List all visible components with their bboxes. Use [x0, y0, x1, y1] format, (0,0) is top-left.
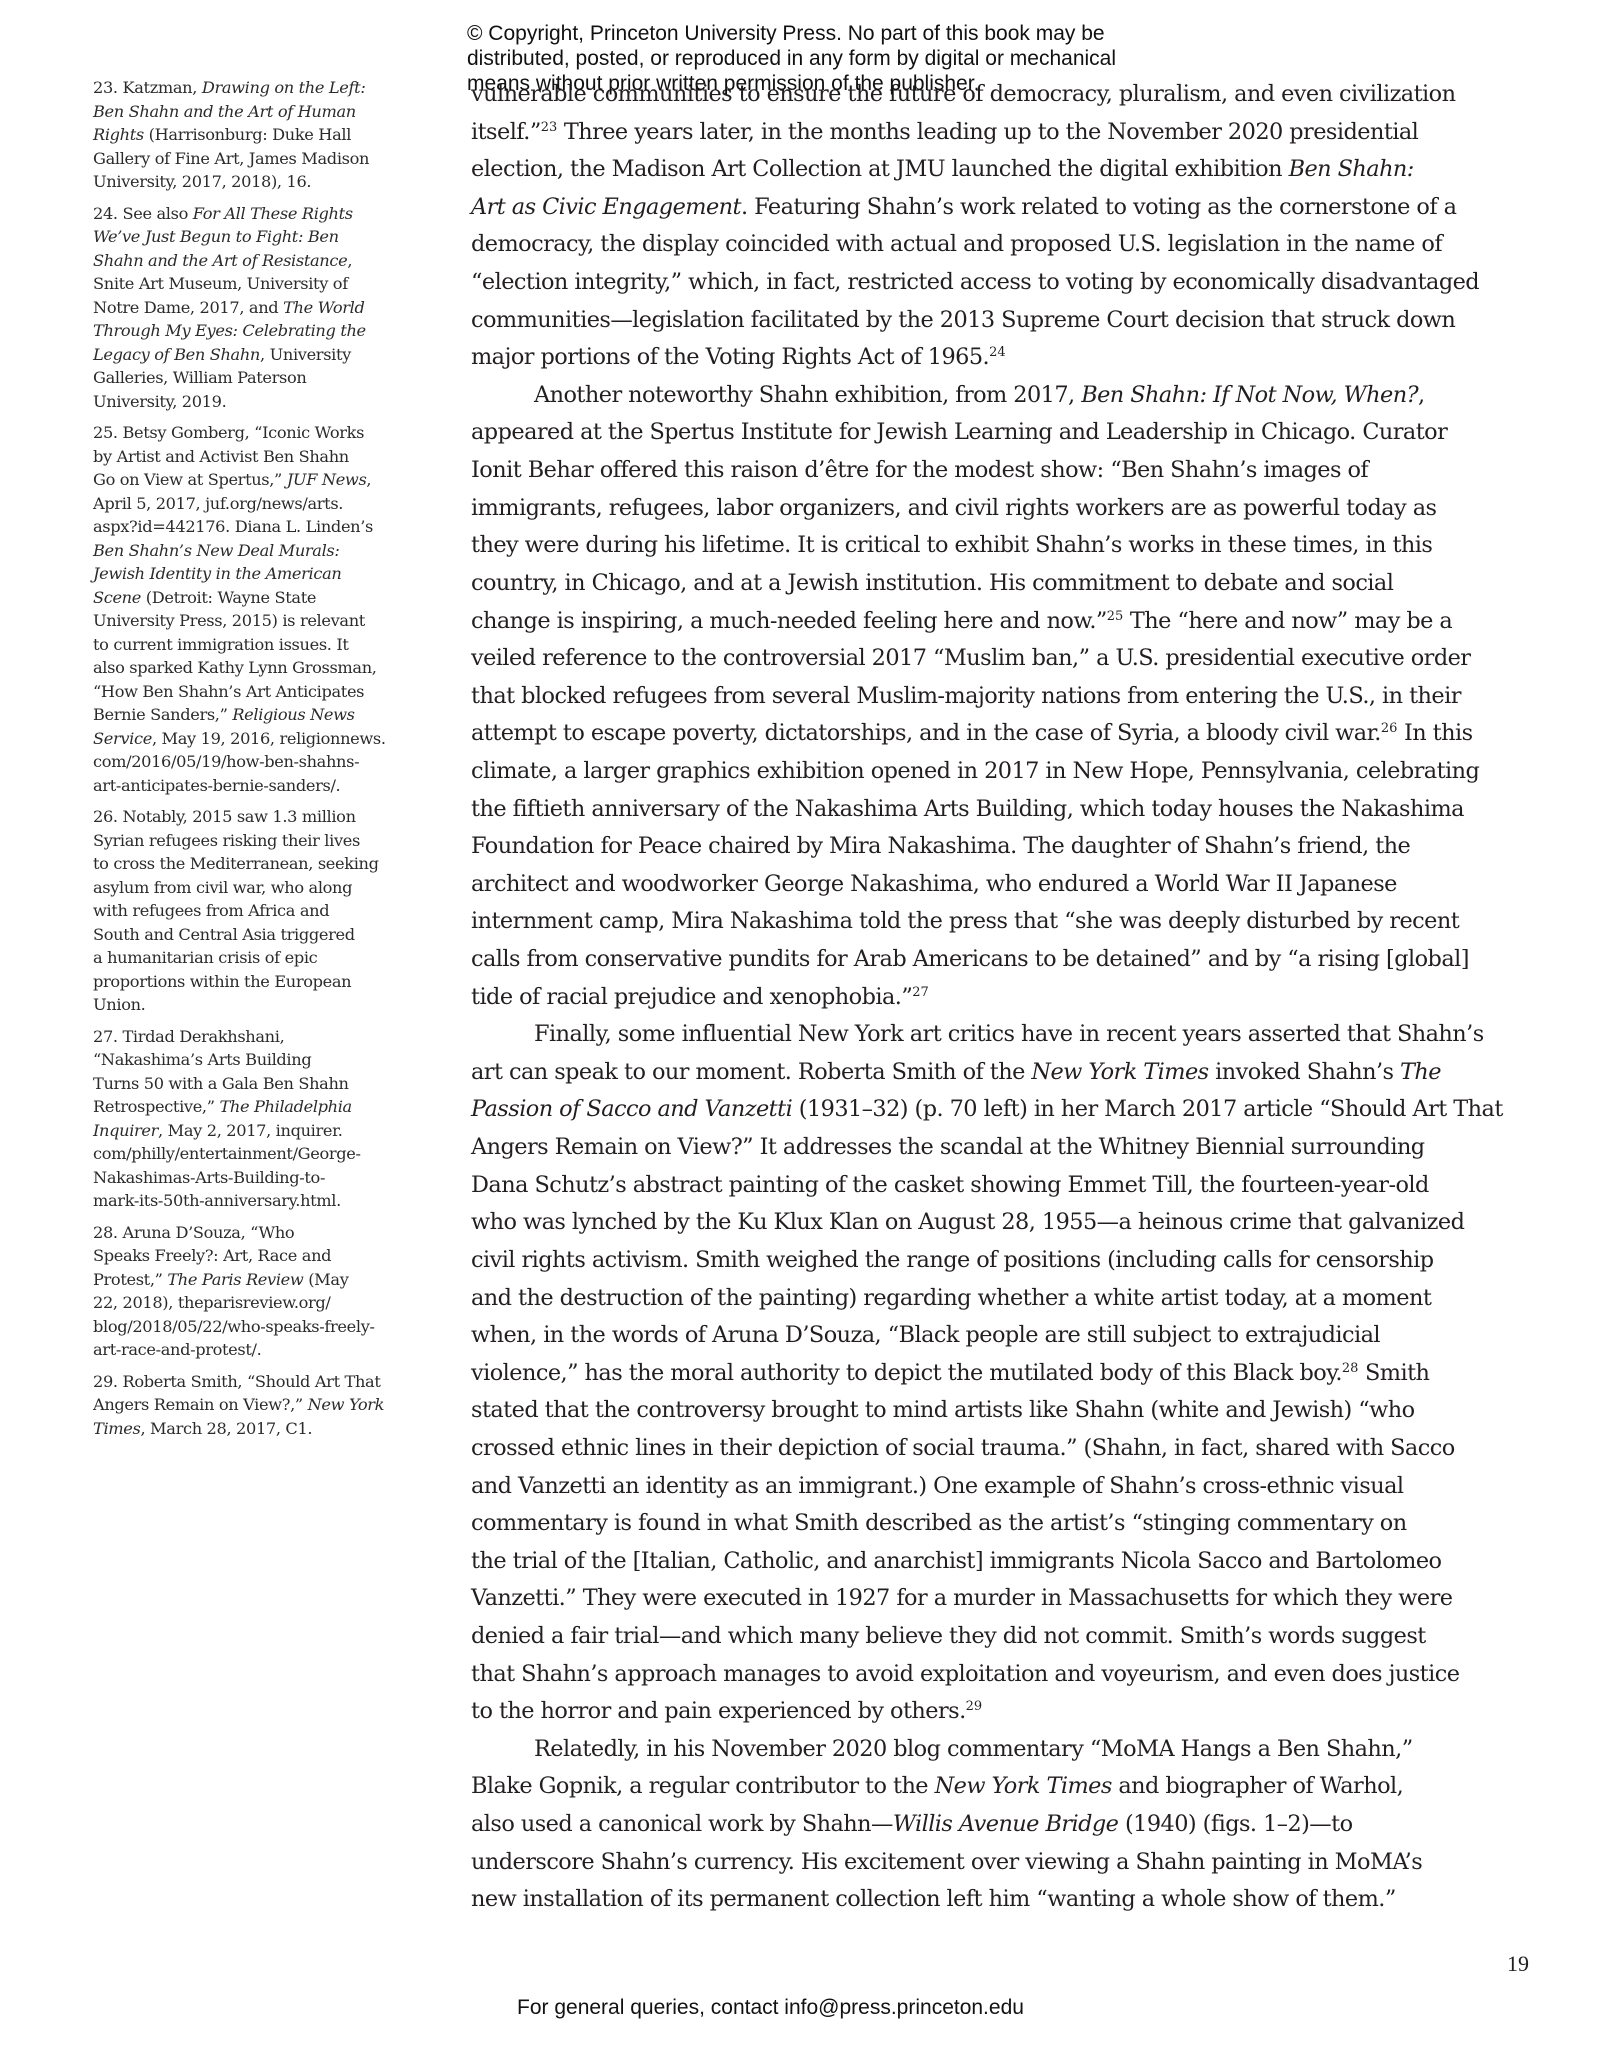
italic-text: For All These Rights: [193, 204, 353, 223]
italic-text: Religious News: [232, 705, 354, 724]
text-run: new installation of its permanent collec…: [471, 1886, 1396, 1912]
italic-text: Rights: [93, 125, 144, 144]
text-run: Finally, some influential New York art c…: [534, 1021, 1484, 1047]
text-run: climate, a larger graphics exhibition op…: [471, 758, 1479, 784]
footnote-26: 26. Notably, 2015 saw 1.3 millionSyrian …: [93, 805, 413, 1017]
body-line: communities—legislation facilitated by t…: [471, 302, 1536, 340]
text-run: The “here and now” may be a: [1123, 608, 1452, 634]
italic-text: Through My Eyes: Celebrating the: [93, 321, 366, 340]
text-run: 25. Betsy Gomberg, “Iconic Works: [93, 423, 364, 442]
text-run: that Shahn’s approach manages to avoid e…: [471, 1661, 1459, 1687]
text-run: (Detroit: Wayne State: [141, 588, 316, 607]
paragraph-start-line: Relatedly, in his November 2020 blog com…: [471, 1731, 1536, 1769]
text-run: South and Central Asia triggered: [93, 925, 355, 944]
text-run: (1931–32) (p. 70 left) in her March 2017…: [792, 1096, 1503, 1122]
text-run: attempt to escape poverty, dictatorships…: [471, 720, 1381, 746]
footnote-line: Angers Remain on View?,” New York: [93, 1393, 413, 1417]
italic-text: The Paris Review: [167, 1270, 303, 1289]
footnote-line: art-anticipates-bernie-sanders/.: [93, 774, 413, 798]
body-line: architect and woodworker George Nakashim…: [471, 866, 1536, 904]
body-line: appeared at the Spertus Institute for Je…: [471, 414, 1536, 452]
body-line: country, in Chicago, and at a Jewish ins…: [471, 565, 1536, 603]
body-line: commentary is found in what Smith descri…: [471, 1505, 1536, 1543]
text-run: that blocked refugees from several Musli…: [471, 683, 1461, 709]
body-line: and Vanzetti an identity as an immigrant…: [471, 1468, 1536, 1506]
body-line: Art as Civic Engagement. Featuring Shahn…: [471, 189, 1536, 227]
footnote-line: Legacy of Ben Shahn, University: [93, 343, 413, 367]
text-run: Retrospective,”: [93, 1097, 219, 1116]
body-line: Ionit Behar offered this raison d’être f…: [471, 452, 1536, 490]
footnote-23: 23. Katzman, Drawing on the Left:Ben Sha…: [93, 76, 413, 194]
footnote-line: mark-its-50th-anniversary.html.: [93, 1189, 413, 1213]
text-run: 27. Tirdad Derakhshani,: [93, 1027, 284, 1046]
text-run: civil rights activism. Smith weighed the…: [471, 1247, 1434, 1273]
footnote-line: by Artist and Activist Ben Shahn: [93, 445, 413, 469]
footnote-line: Ben Shahn’s New Deal Murals:: [93, 539, 413, 563]
footnote-line: April 5, 2017, juf.org/news/arts.: [93, 492, 413, 516]
italic-text: We’ve Just Begun to Fight: Ben: [93, 227, 339, 246]
footnote-line: Go on View at Spertus,” JUF News,: [93, 468, 413, 492]
body-line: attempt to escape poverty, dictatorships…: [471, 715, 1536, 753]
footnote-line: Jewish Identity in the American: [93, 562, 413, 586]
footnote-line: 22, 2018), theparisreview.org/: [93, 1291, 413, 1315]
body-line: violence,” has the moral authority to de…: [471, 1355, 1536, 1393]
text-run: architect and woodworker George Nakashim…: [471, 871, 1397, 897]
footnote-line: “How Ben Shahn’s Art Anticipates: [93, 680, 413, 704]
text-run: veiled reference to the controversial 20…: [471, 645, 1470, 671]
footnote-line: 26. Notably, 2015 saw 1.3 million: [93, 805, 413, 829]
footnote-line: Through My Eyes: Celebrating the: [93, 319, 413, 343]
text-run: In this: [1397, 720, 1472, 746]
text-run: , March 28, 2017, C1.: [140, 1419, 312, 1438]
text-run: a humanitarian crisis of epic: [93, 948, 317, 967]
text-run: itself.”: [471, 119, 541, 145]
footnote-line: art-race-and-protest/.: [93, 1338, 413, 1362]
footnote-line: Syrian refugees risking their lives: [93, 829, 413, 853]
footnote-line: asylum from civil war, who along: [93, 876, 413, 900]
body-line: and the destruction of the painting) reg…: [471, 1280, 1536, 1318]
body-line: Passion of Sacco and Vanzetti (1931–32) …: [471, 1091, 1536, 1129]
paragraph-start-line: Finally, some influential New York art c…: [471, 1016, 1536, 1054]
italic-text: Service: [93, 729, 152, 748]
body-line: Vanzetti.” They were executed in 1927 fo…: [471, 1580, 1536, 1618]
footnote-line: a humanitarian crisis of epic: [93, 946, 413, 970]
text-run: violence,” has the moral authority to de…: [471, 1360, 1342, 1386]
page-number: 19: [1507, 1951, 1529, 1977]
footnote-reference: 29: [966, 1699, 983, 1714]
footnote-line: Rights (Harrisonburg: Duke Hall: [93, 123, 413, 147]
text-run: blog/2018/05/22/who-speaks-freely-: [93, 1317, 375, 1336]
text-run: Snite Art Museum, University of: [93, 274, 348, 293]
footnote-line: Scene (Detroit: Wayne State: [93, 586, 413, 610]
text-run: to the horror and pain experienced by ot…: [471, 1698, 966, 1724]
italic-text: Ben Shahn and the Art of Human: [93, 102, 356, 121]
body-line: Foundation for Peace chaired by Mira Nak…: [471, 828, 1536, 866]
text-run: Galleries, William Paterson: [93, 368, 306, 387]
footnote-reference: 28: [1342, 1361, 1359, 1376]
text-run: Blake Gopnik, a regular contributor to t…: [471, 1773, 935, 1799]
body-line: that blocked refugees from several Musli…: [471, 678, 1536, 716]
footnote-line: Union.: [93, 993, 413, 1017]
text-run: Nakashimas-Arts-Building-to-: [93, 1168, 325, 1187]
text-run: University, 2017, 2018), 16.: [93, 172, 311, 191]
footnote-line: proportions within the European: [93, 970, 413, 994]
text-run: ,: [1418, 382, 1425, 408]
text-run: Syrian refugees risking their lives: [93, 831, 360, 850]
footnote-line: South and Central Asia triggered: [93, 923, 413, 947]
body-line: “election integrity,” which, in fact, re…: [471, 264, 1536, 302]
text-run: Dana Schutz’s abstract painting of the c…: [471, 1172, 1429, 1198]
footnote-line: Bernie Sanders,” Religious News: [93, 703, 413, 727]
body-line: who was lynched by the Ku Klux Klan on A…: [471, 1204, 1536, 1242]
footnote-line: com/2016/05/19/how-ben-shahns-: [93, 750, 413, 774]
body-line: to the horror and pain experienced by ot…: [471, 1693, 1536, 1731]
text-run: University, 2019.: [93, 392, 226, 411]
footnote-28: 28. Aruna D’Souza, “WhoSpeaks Freely?: A…: [93, 1221, 413, 1362]
text-run: Foundation for Peace chaired by Mira Nak…: [471, 833, 1410, 859]
italic-text: Legacy of Ben Shahn: [93, 345, 260, 364]
body-line: the fiftieth anniversary of the Nakashim…: [471, 791, 1536, 829]
body-line: Angers Remain on View?” It addresses the…: [471, 1129, 1536, 1167]
body-line: Dana Schutz’s abstract painting of the c…: [471, 1167, 1536, 1205]
body-line: immigrants, refugees, labor organizers, …: [471, 490, 1536, 528]
footnote-line: 24. See also For All These Rights: [93, 202, 413, 226]
body-line: major portions of the Voting Rights Act …: [471, 339, 1536, 377]
footnote-reference: 25: [1107, 608, 1124, 623]
body-line: internment camp, Mira Nakashima told the…: [471, 903, 1536, 941]
text-run: Angers Remain on View?” It addresses the…: [471, 1134, 1425, 1160]
text-run: . Featuring Shahn’s work related to voti…: [741, 194, 1456, 220]
text-run: art-race-and-protest/.: [93, 1340, 261, 1359]
body-line: itself.”23 Three years later, in the mon…: [471, 114, 1536, 152]
footnote-line: also sparked Kathy Lynn Grossman,: [93, 656, 413, 680]
copyright-line: distributed, posted, or reproduced in an…: [467, 46, 1227, 71]
text-run: University Press, 2015) is relevant: [93, 611, 365, 630]
footnote-line: Ben Shahn and the Art of Human: [93, 100, 413, 124]
contact-footer: For general queries, contact info@press.…: [517, 1996, 1024, 2020]
italic-text: Times: [93, 1419, 140, 1438]
footnote-line: Snite Art Museum, University of: [93, 272, 413, 296]
italic-text: Ben Shahn:: [1289, 156, 1414, 182]
text-run: Angers Remain on View?,”: [93, 1395, 308, 1414]
text-run: to cross the Mediterranean, seeking: [93, 854, 379, 873]
text-run: country, in Chicago, and at a Jewish ins…: [471, 570, 1393, 596]
text-run: , University: [260, 345, 351, 364]
footnote-line: 23. Katzman, Drawing on the Left:: [93, 76, 413, 100]
text-run: proportions within the European: [93, 972, 351, 991]
text-run: “How Ben Shahn’s Art Anticipates: [93, 682, 364, 701]
footnote-line: Notre Dame, 2017, and The World: [93, 296, 413, 320]
text-run: the trial of the [Italian, Catholic, and…: [471, 1548, 1441, 1574]
footnote-reference: 23: [541, 120, 558, 135]
text-run: art-anticipates-bernie-sanders/.: [93, 776, 340, 795]
footnote-29: 29. Roberta Smith, “Should Art ThatAnger…: [93, 1370, 413, 1441]
text-run: “Nakashima’s Arts Building: [93, 1050, 311, 1069]
text-run: and biographer of Warhol,: [1112, 1773, 1403, 1799]
footnote-line: aspx?id=442176. Diana L. Linden’s: [93, 515, 413, 539]
text-run: with refugees from Africa and: [93, 901, 329, 920]
copyright-line: © Copyright, Princeton University Press.…: [467, 21, 1227, 46]
copyright-line: means without prior written permission o…: [467, 71, 1227, 96]
italic-text: Scene: [93, 588, 141, 607]
body-line: election, the Madison Art Collection at …: [471, 151, 1536, 189]
body-line: veiled reference to the controversial 20…: [471, 640, 1536, 678]
text-run: election, the Madison Art Collection at …: [471, 156, 1289, 182]
italic-text: Jewish Identity in the American: [93, 564, 341, 583]
body-line: democracy, the display coincided with ac…: [471, 226, 1536, 264]
copyright-notice: © Copyright, Princeton University Press.…: [467, 21, 1227, 96]
text-run: appeared at the Spertus Institute for Je…: [471, 419, 1447, 445]
text-run: tide of racial prejudice and xenophobia.…: [471, 984, 912, 1010]
body-line: also used a canonical work by Shahn—Will…: [471, 1806, 1536, 1844]
text-run: commentary is found in what Smith descri…: [471, 1510, 1407, 1536]
text-run: Union.: [93, 995, 145, 1014]
body-line: Blake Gopnik, a regular contributor to t…: [471, 1768, 1536, 1806]
body-line: that Shahn’s approach manages to avoid e…: [471, 1656, 1536, 1694]
paragraph-start-line: Another noteworthy Shahn exhibition, fro…: [471, 377, 1536, 415]
text-run: communities—legislation facilitated by t…: [471, 307, 1455, 333]
italic-text: Inquirer: [93, 1121, 158, 1140]
body-line: denied a fair trial—and which many belie…: [471, 1618, 1536, 1656]
footnote-line: Shahn and the Art of Resistance,: [93, 249, 413, 273]
text-run: Three years later, in the months leading…: [557, 119, 1418, 145]
text-run: 24. See also: [93, 204, 193, 223]
italic-text: New York: [308, 1395, 385, 1414]
text-run: , May 2, 2017, inquirer.: [158, 1121, 342, 1140]
text-run: Go on View at Spertus,”: [93, 470, 287, 489]
footnote-reference: 26: [1381, 721, 1398, 736]
text-run: ,: [347, 251, 352, 270]
text-run: Protest,”: [93, 1270, 167, 1289]
text-run: major portions of the Voting Rights Act …: [471, 344, 989, 370]
text-run: internment camp, Mira Nakashima told the…: [471, 908, 1459, 934]
text-run: denied a fair trial—and which many belie…: [471, 1623, 1426, 1649]
footnote-line: Times, March 28, 2017, C1.: [93, 1417, 413, 1441]
text-run: asylum from civil war, who along: [93, 878, 352, 897]
text-run: mark-its-50th-anniversary.html.: [93, 1191, 341, 1210]
body-line: the trial of the [Italian, Catholic, and…: [471, 1543, 1536, 1581]
footnote-line: Inquirer, May 2, 2017, inquirer.: [93, 1119, 413, 1143]
footnote-line: Gallery of Fine Art, James Madison: [93, 147, 413, 171]
text-run: Vanzetti.” They were executed in 1927 fo…: [471, 1585, 1452, 1611]
body-line: change is inspiring, a much-needed feeli…: [471, 603, 1536, 641]
italic-text: The: [1400, 1059, 1441, 1085]
text-run: to current immigration issues. It: [93, 635, 349, 654]
footnote-line: Turns 50 with a Gala Ben Shahn: [93, 1072, 413, 1096]
body-line: they were during his lifetime. It is cri…: [471, 527, 1536, 565]
text-run: also used a canonical work by Shahn—: [471, 1811, 893, 1837]
italic-text: Art as Civic Engagement: [471, 194, 741, 220]
italic-text: Shahn and the Art of Resistance: [93, 251, 347, 270]
footnote-line: Speaks Freely?: Art, Race and: [93, 1244, 413, 1268]
italic-text: Ben Shahn: If Not Now, When?: [1081, 382, 1418, 408]
body-line: new installation of its permanent collec…: [471, 1881, 1536, 1919]
text-run: by Artist and Activist Ben Shahn: [93, 447, 349, 466]
text-run: 28. Aruna D’Souza, “Who: [93, 1223, 294, 1242]
text-run: com/2016/05/19/how-ben-shahns-: [93, 752, 359, 771]
text-run: ,: [366, 470, 371, 489]
text-run: who was lynched by the Ku Klux Klan on A…: [471, 1209, 1464, 1235]
text-run: April 5, 2017, juf.org/news/arts.: [93, 494, 343, 513]
text-run: (Harrisonburg: Duke Hall: [144, 125, 351, 144]
body-line: tide of racial prejudice and xenophobia.…: [471, 979, 1536, 1017]
text-run: 26. Notably, 2015 saw 1.3 million: [93, 807, 356, 826]
text-run: stated that the controversy brought to m…: [471, 1397, 1415, 1423]
italic-text: The Philadelphia: [219, 1097, 351, 1116]
italic-text: New York Times: [1031, 1059, 1208, 1085]
text-run: change is inspiring, a much-needed feeli…: [471, 608, 1107, 634]
footnote-line: University, 2017, 2018), 16.: [93, 170, 413, 194]
footnote-line: to cross the Mediterranean, seeking: [93, 852, 413, 876]
text-run: Gallery of Fine Art, James Madison: [93, 149, 369, 168]
text-run: immigrants, refugees, labor organizers, …: [471, 495, 1436, 521]
footnote-27: 27. Tirdad Derakhshani,“Nakashima’s Arts…: [93, 1025, 413, 1213]
body-line: stated that the controversy brought to m…: [471, 1392, 1536, 1430]
italic-text: New York Times: [935, 1773, 1112, 1799]
footnote-line: to current immigration issues. It: [93, 633, 413, 657]
italic-text: JUF News: [287, 470, 367, 489]
text-run: the fiftieth anniversary of the Nakashim…: [471, 796, 1464, 822]
footnote-line: with refugees from Africa and: [93, 899, 413, 923]
text-run: calls from conservative pundits for Arab…: [471, 946, 1469, 972]
text-run: art can speak to our moment. Roberta Smi…: [471, 1059, 1031, 1085]
footnote-line: Retrospective,” The Philadelphia: [93, 1095, 413, 1119]
text-run: Notre Dame, 2017, and: [93, 298, 283, 317]
footnote-line: Service, May 19, 2016, religionnews.: [93, 727, 413, 751]
footnote-reference: 24: [989, 345, 1006, 360]
main-body-text: vulnerable communities to ensure the fut…: [471, 76, 1536, 1919]
text-run: Speaks Freely?: Art, Race and: [93, 1246, 331, 1265]
italic-text: Ben Shahn’s New Deal Murals:: [93, 541, 339, 560]
text-run: underscore Shahn’s currency. His excitem…: [471, 1849, 1422, 1875]
italic-text: Passion of Sacco and Vanzetti: [471, 1096, 792, 1122]
text-run: 22, 2018), theparisreview.org/: [93, 1293, 331, 1312]
body-line: climate, a larger graphics exhibition op…: [471, 753, 1536, 791]
footnote-line: “Nakashima’s Arts Building: [93, 1048, 413, 1072]
footnote-24: 24. See also For All These RightsWe’ve J…: [93, 202, 413, 414]
footnote-line: blog/2018/05/22/who-speaks-freely-: [93, 1315, 413, 1339]
text-run: Ionit Behar offered this raison d’être f…: [471, 457, 1368, 483]
footnotes-column: 23. Katzman, Drawing on the Left:Ben Sha…: [93, 76, 413, 1448]
text-run: aspx?id=442176. Diana L. Linden’s: [93, 517, 373, 536]
italic-text: The World: [283, 298, 364, 317]
text-run: (May: [303, 1270, 348, 1289]
text-run: they were during his lifetime. It is cri…: [471, 532, 1432, 558]
text-run: when, in the words of Aruna D’Souza, “Bl…: [471, 1322, 1380, 1348]
footnote-line: Galleries, William Paterson: [93, 366, 413, 390]
text-run: 23. Katzman,: [93, 78, 202, 97]
footnote-line: 25. Betsy Gomberg, “Iconic Works: [93, 421, 413, 445]
footnote-line: 29. Roberta Smith, “Should Art That: [93, 1370, 413, 1394]
text-run: Relatedly, in his November 2020 blog com…: [534, 1736, 1413, 1762]
footnote-line: Nakashimas-Arts-Building-to-: [93, 1166, 413, 1190]
footnote-line: com/philly/entertainment/George-: [93, 1142, 413, 1166]
italic-text: Drawing on the Left:: [202, 78, 366, 97]
footnote-line: 28. Aruna D’Souza, “Who: [93, 1221, 413, 1245]
text-run: , May 19, 2016, religionnews.: [152, 729, 386, 748]
text-run: Turns 50 with a Gala Ben Shahn: [93, 1074, 349, 1093]
footnote-line: University, 2019.: [93, 390, 413, 414]
body-line: crossed ethnic lines in their depiction …: [471, 1430, 1536, 1468]
italic-text: Willis Avenue Bridge: [893, 1811, 1118, 1837]
text-run: also sparked Kathy Lynn Grossman,: [93, 658, 377, 677]
footnote-line: University Press, 2015) is relevant: [93, 609, 413, 633]
footnote-25: 25. Betsy Gomberg, “Iconic Worksby Artis…: [93, 421, 413, 797]
text-run: democracy, the display coincided with ac…: [471, 231, 1442, 257]
text-run: Smith: [1358, 1360, 1429, 1386]
body-line: when, in the words of Aruna D’Souza, “Bl…: [471, 1317, 1536, 1355]
text-run: “election integrity,” which, in fact, re…: [471, 269, 1479, 295]
body-line: calls from conservative pundits for Arab…: [471, 941, 1536, 979]
footnote-line: We’ve Just Begun to Fight: Ben: [93, 225, 413, 249]
text-run: invoked Shahn’s: [1209, 1059, 1400, 1085]
body-line: art can speak to our moment. Roberta Smi…: [471, 1054, 1536, 1092]
footnote-reference: 27: [912, 985, 929, 1000]
text-run: Bernie Sanders,”: [93, 705, 232, 724]
text-run: crossed ethnic lines in their depiction …: [471, 1435, 1455, 1461]
text-run: and the destruction of the painting) reg…: [471, 1285, 1431, 1311]
body-line: underscore Shahn’s currency. His excitem…: [471, 1844, 1536, 1882]
body-line: civil rights activism. Smith weighed the…: [471, 1242, 1536, 1280]
text-run: (1940) (figs. 1–2)—to: [1118, 1811, 1352, 1837]
footnote-line: Protest,” The Paris Review (May: [93, 1268, 413, 1292]
footnote-line: 27. Tirdad Derakhshani,: [93, 1025, 413, 1049]
text-run: and Vanzetti an identity as an immigrant…: [471, 1473, 1404, 1499]
text-run: Another noteworthy Shahn exhibition, fro…: [534, 382, 1081, 408]
text-run: com/philly/entertainment/George-: [93, 1144, 361, 1163]
text-run: 29. Roberta Smith, “Should Art That: [93, 1372, 381, 1391]
